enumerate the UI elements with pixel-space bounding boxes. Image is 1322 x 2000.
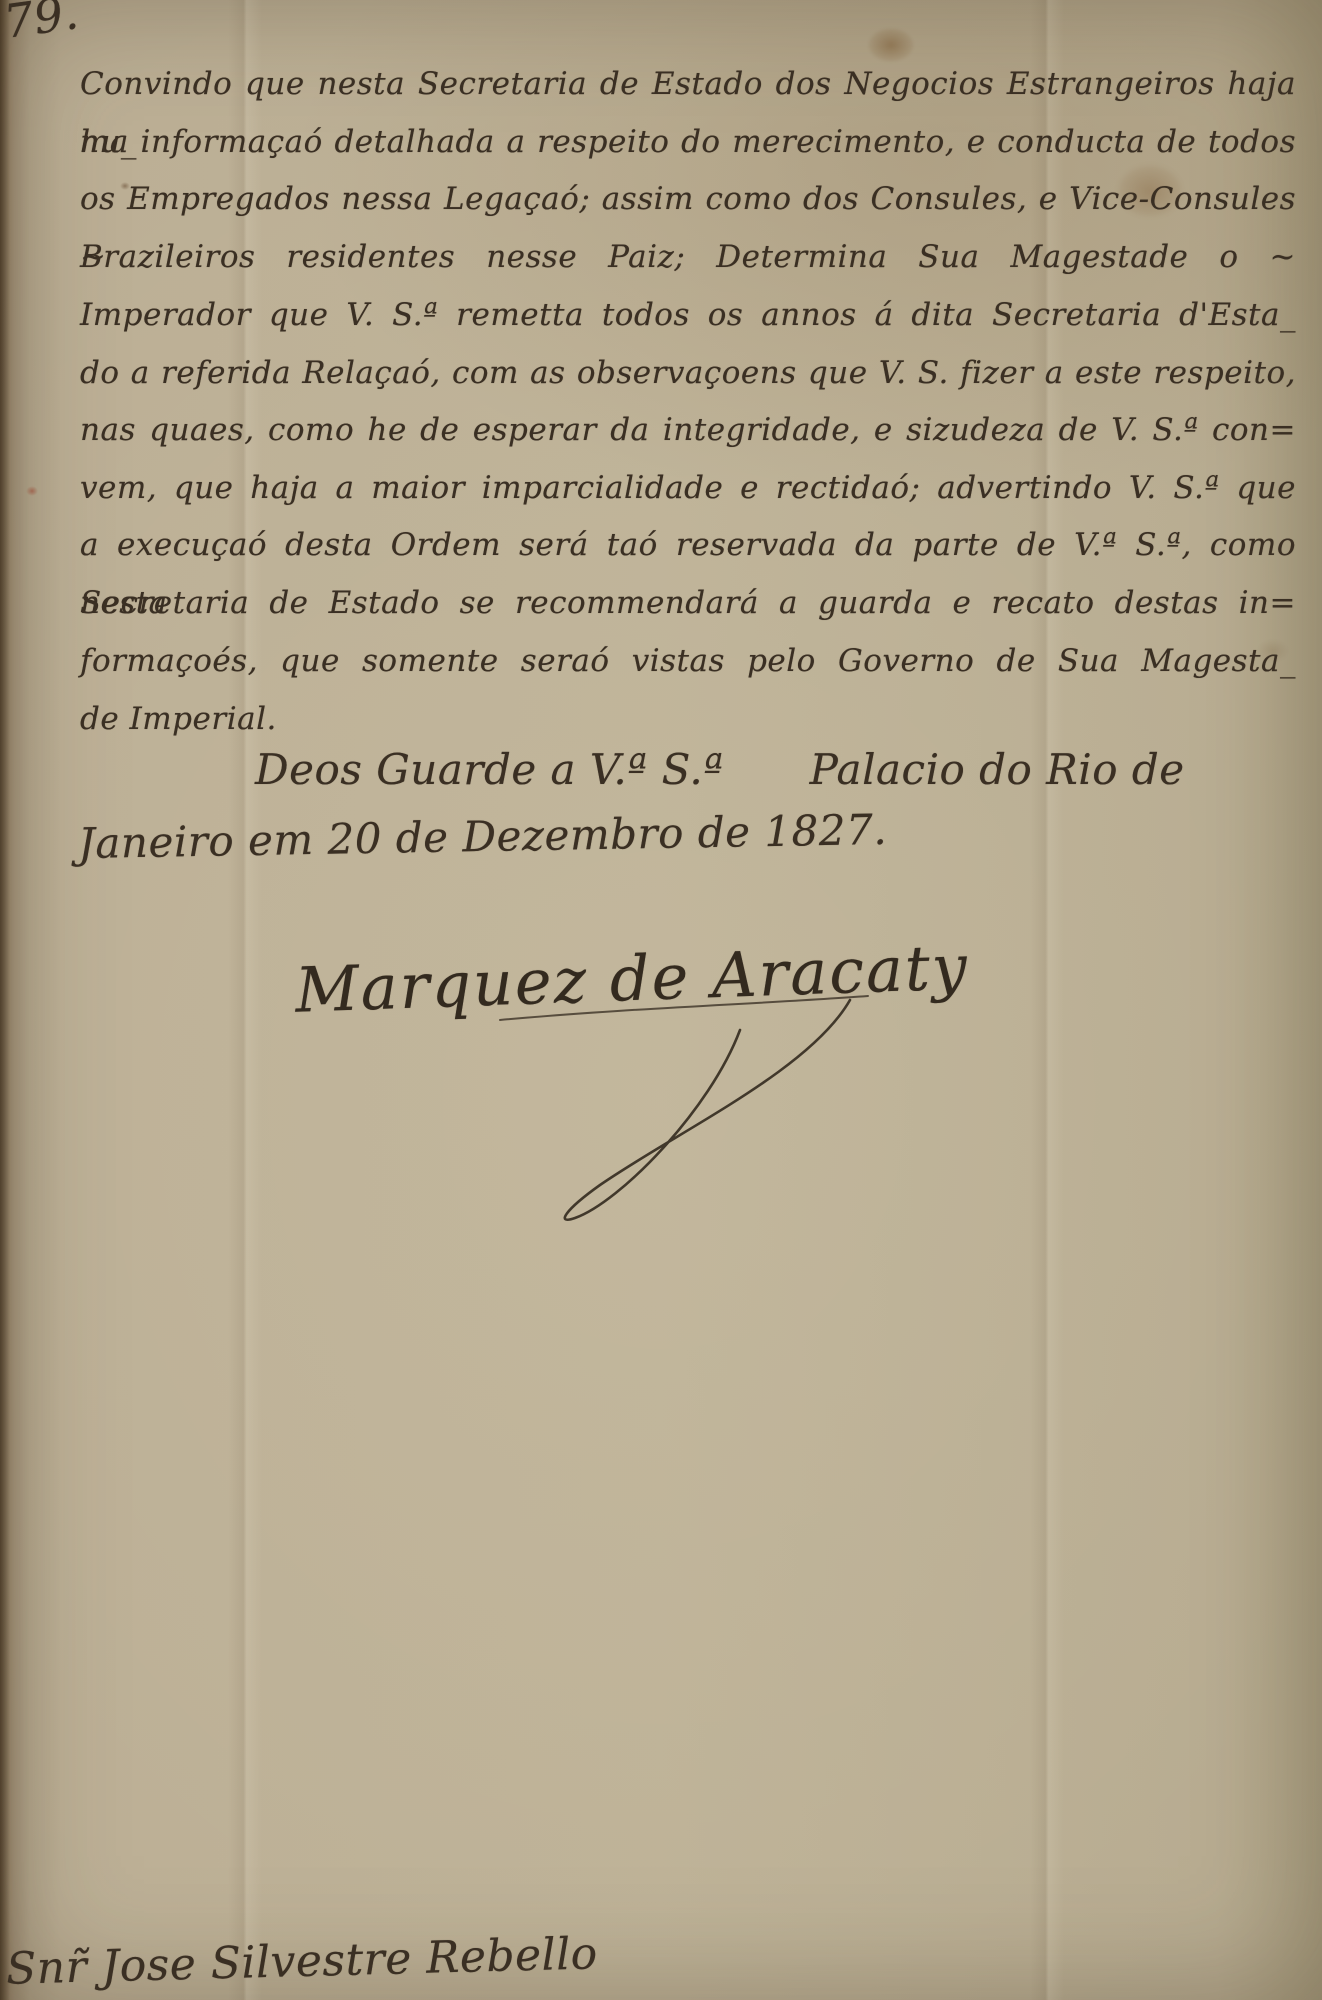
manuscript-page: 79. Convindo que nesta Secretaria de Est… xyxy=(0,0,1322,2000)
binding-edge-shadow xyxy=(0,0,10,2000)
page-number: 79. xyxy=(1,0,82,49)
body-line: os Empregados nessa Legaçaó; assim como … xyxy=(80,170,1296,228)
body-line: a execuçaó desta Ordem será taó reservad… xyxy=(80,516,1296,574)
closing-date-line: Janeiro em 20 de Dezembro de 1827. xyxy=(78,805,888,868)
body-line: Imperador que V. S.ª remetta todos os an… xyxy=(80,286,1296,344)
body-line: do a referida Relaçaó, com as observaçoe… xyxy=(80,344,1296,402)
body-line: vem, que haja a maior imparcialidade e r… xyxy=(80,459,1296,517)
ink-stain xyxy=(26,486,38,496)
body-line: Convindo que nesta Secretaria de Estado … xyxy=(80,55,1296,113)
body-line: de Imperial. xyxy=(80,690,1296,748)
closing-line: Deos Guarde a V.ª S.ª Palacio do Rio de xyxy=(255,745,1185,794)
addressee: Snr̃ Jose Silvestre Rebello xyxy=(5,1928,598,1994)
body-line: ma informaçaó detalhada a respeito do me… xyxy=(80,113,1296,171)
closing-salutation: Deos Guarde a V.ª S.ª xyxy=(255,745,724,794)
body-line: Secretaria de Estado se recommendará a g… xyxy=(80,574,1296,632)
signature-flourish xyxy=(380,990,900,1240)
body-line: formaçoés, que somente seraó vistas pelo… xyxy=(80,632,1296,690)
body-line: nas quaes, como he de esperar da integri… xyxy=(80,401,1296,459)
signature: Marquez de Aracaty xyxy=(294,930,970,1026)
closing-place: Palacio do Rio de xyxy=(810,745,1185,794)
body-line: Brazileiros residentes nesse Paiz; Deter… xyxy=(80,228,1296,286)
